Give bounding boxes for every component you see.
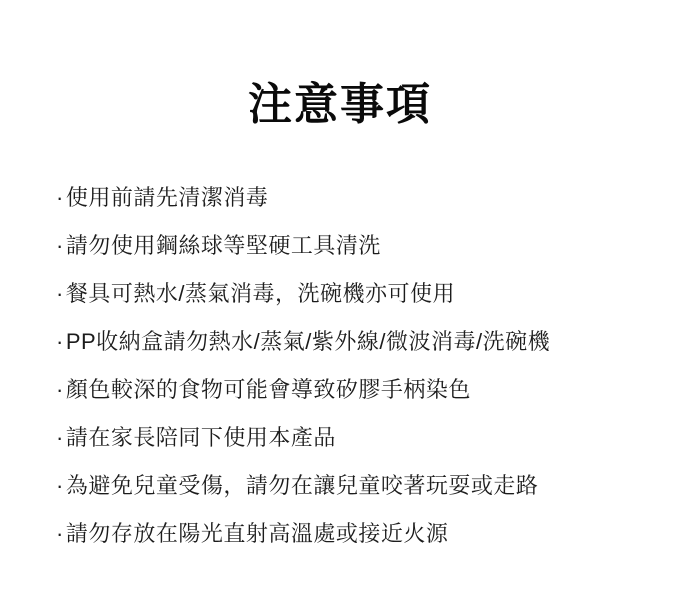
bullet-dot: · bbox=[56, 510, 64, 558]
list-item-text: 請在家長陪同下使用本產品 bbox=[66, 425, 336, 450]
bullet-dot: · bbox=[56, 318, 64, 366]
list-item-text: 顏色較深的食物可能會導致矽膠手柄染色 bbox=[66, 377, 471, 402]
list-item: ·餐具可熱水/蒸氣消毒，洗碗機亦可使用 bbox=[56, 270, 660, 318]
list-item-text: 請勿存放在陽光直射高溫處或接近火源 bbox=[66, 521, 449, 546]
bullet-dot: · bbox=[56, 270, 64, 318]
page-title: 注意事項 bbox=[0, 0, 680, 130]
list-item: ·請勿使用鋼絲球等堅硬工具清洗 bbox=[56, 222, 660, 270]
bullet-dot: · bbox=[56, 462, 64, 510]
list-item-text: 餐具可熱水/蒸氣消毒，洗碗機亦可使用 bbox=[66, 281, 455, 306]
list-item: ·顏色較深的食物可能會導致矽膠手柄染色 bbox=[56, 366, 660, 414]
list-item: ·請在家長陪同下使用本產品 bbox=[56, 414, 660, 462]
list-item: ·為避免兒童受傷，請勿在讓兒童咬著玩耍或走路 bbox=[56, 462, 660, 510]
list-item: ·PP收納盒請勿熱水/蒸氣/紫外線/微波消毒/洗碗機 bbox=[56, 318, 660, 366]
bullet-dot: · bbox=[56, 366, 64, 414]
list-item-text: 請勿使用鋼絲球等堅硬工具清洗 bbox=[66, 233, 381, 258]
list-item-text: 為避免兒童受傷，請勿在讓兒童咬著玩耍或走路 bbox=[66, 473, 539, 498]
list-item-text: PP收納盒請勿熱水/蒸氣/紫外線/微波消毒/洗碗機 bbox=[66, 329, 550, 354]
notice-page: 注意事項 ·使用前請先清潔消毒 ·請勿使用鋼絲球等堅硬工具清洗 ·餐具可熱水/蒸… bbox=[0, 0, 680, 597]
bullet-dot: · bbox=[56, 414, 64, 462]
list-item: ·使用前請先清潔消毒 bbox=[56, 174, 660, 222]
list-item: ·請勿存放在陽光直射高溫處或接近火源 bbox=[56, 510, 660, 558]
list-item-text: 使用前請先清潔消毒 bbox=[66, 185, 269, 210]
bullet-dot: · bbox=[56, 174, 64, 222]
notice-list: ·使用前請先清潔消毒 ·請勿使用鋼絲球等堅硬工具清洗 ·餐具可熱水/蒸氣消毒，洗… bbox=[0, 174, 680, 558]
bullet-dot: · bbox=[56, 222, 64, 270]
